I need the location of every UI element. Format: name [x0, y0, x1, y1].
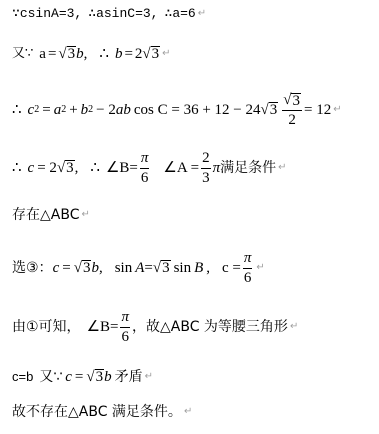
paragraph-mark-icon: ↵ — [162, 46, 170, 62]
fraction-pi-over-6: π 6 — [120, 309, 130, 346]
text: csinA=3, — [20, 6, 82, 22]
sqrt: √3 — [57, 160, 75, 176]
fraction-pi-over-6: π 6 — [243, 250, 253, 287]
radicand: 3 — [161, 260, 171, 276]
text: 存在△ABC — [12, 207, 79, 223]
math: b — [76, 46, 84, 62]
text: 选③： — [12, 260, 53, 276]
math: b — [81, 102, 89, 118]
math: a — [54, 102, 62, 118]
angle-b-label: ∠B= — [106, 160, 138, 176]
line-b-value: 又∵ a = √3 b , ∴ b = 2 √3 ↵ — [12, 46, 171, 62]
paragraph-mark-icon: ↵ — [198, 6, 206, 22]
line-isosceles: 由①可知， ∠B= π 6 ，故△ABC 为等腰三角形 ↵ — [12, 307, 298, 347]
math: b — [91, 260, 99, 276]
radicand: 3 — [82, 260, 92, 276]
radicand: 3 — [95, 369, 105, 385]
text: 又∵ — [39, 369, 62, 385]
math: A — [135, 260, 144, 276]
denominator: 6 — [141, 169, 149, 187]
math: a — [39, 46, 46, 62]
math: cos C = 36 + 12 − 24 — [134, 102, 261, 118]
math: = — [75, 369, 83, 385]
fraction-2-over-3: 2 3 — [201, 150, 211, 187]
math: 2 — [135, 46, 143, 62]
therefore-symbol: ∴ — [165, 6, 173, 22]
math: b — [104, 369, 112, 385]
math: B — [194, 260, 203, 276]
paragraph-mark-icon: ↵ — [290, 319, 298, 335]
math: + — [69, 102, 77, 118]
math: c — [28, 102, 35, 118]
line-conclusion: 故不存在△ABC 满足条件。 ↵ — [12, 404, 192, 420]
math: b — [115, 46, 123, 62]
denominator: 6 — [244, 269, 252, 287]
radicand: 3 — [67, 46, 77, 62]
line-option-3: 选③： c = √3 b , sin A = √3 sin B , c = π … — [12, 248, 265, 288]
radicand: 3 — [269, 102, 279, 118]
angle-a-label: ∠A = — [163, 160, 199, 176]
line-triangle-exists: 存在△ABC ↵ — [12, 207, 90, 223]
numerator: π — [140, 150, 150, 169]
numerator: π — [243, 250, 253, 269]
text: 矛盾 — [115, 369, 143, 385]
math: ab — [116, 102, 131, 118]
sqrt: √3 — [261, 102, 279, 118]
fraction-pi-over-6: π 6 — [140, 150, 150, 187]
fraction-sqrt3-over-2: √3 2 — [282, 92, 302, 129]
denominator: 6 — [121, 328, 129, 346]
paragraph-mark-icon: ↵ — [81, 207, 89, 223]
math: sin — [174, 260, 192, 276]
math: sin — [115, 260, 133, 276]
math: − 2 — [96, 102, 116, 118]
math: c — [53, 260, 60, 276]
radicand: 3 — [151, 46, 161, 62]
therefore-symbol: ∴ — [88, 6, 96, 22]
text: 由①可知， — [12, 319, 81, 335]
angle-b-label: ∠B= — [87, 319, 119, 335]
sqrt: √3 — [283, 92, 301, 109]
text: 又∵ — [12, 46, 33, 62]
sqrt: √3 — [86, 369, 104, 385]
line-given-conditions: ∵ csinA=3, ∴ asinC=3, ∴ a=6 ↵ — [12, 6, 206, 22]
math: c — [65, 369, 72, 385]
text: a=6 — [172, 6, 195, 22]
math: π — [213, 160, 221, 176]
because-symbol: ∵ — [12, 6, 20, 22]
text: 故不存在△ABC 满足条件。 — [12, 404, 182, 420]
sqrt: √3 — [142, 46, 160, 62]
line-law-of-cosines: ∴ c2 = a2 + b2 − 2 ab cos C = 36 + 12 − … — [12, 92, 342, 128]
paragraph-mark-icon: ↵ — [333, 102, 341, 118]
math: c — [28, 160, 35, 176]
numerator: 2 — [201, 150, 211, 169]
math: = — [144, 260, 152, 276]
text: c=b — [12, 369, 33, 385]
therefore-symbol: ∴ — [12, 102, 22, 118]
math: = — [62, 260, 70, 276]
therefore-symbol: ∴ — [99, 46, 109, 62]
sqrt: √3 — [74, 260, 92, 276]
numerator: π — [120, 309, 130, 328]
denominator: 3 — [202, 169, 210, 187]
math: , — [75, 160, 79, 176]
paragraph-mark-icon: ↵ — [145, 369, 153, 385]
paragraph-mark-icon: ↵ — [278, 160, 286, 176]
text: asinC=3, — [96, 6, 158, 22]
line-c-and-angles: ∴ c = 2 √3 , ∴ ∠B= π 6 ∠A = 2 3 π 满足条件 ↵ — [12, 148, 286, 188]
math: = 12 — [304, 102, 331, 118]
paragraph-mark-icon: ↵ — [256, 260, 264, 276]
therefore-symbol: ∴ — [12, 160, 22, 176]
paragraph-mark-icon: ↵ — [184, 404, 192, 420]
math: , — [84, 46, 88, 62]
math: = — [48, 46, 56, 62]
math: , — [99, 260, 103, 276]
radicand: 3 — [65, 160, 75, 176]
line-contradiction: c=b 又∵ c = √3 b 矛盾 ↵ — [12, 369, 153, 385]
radicand: 3 — [291, 93, 301, 109]
text: 满足条件 — [220, 160, 276, 176]
sqrt: √3 — [58, 46, 76, 62]
therefore-symbol: ∴ — [90, 160, 100, 176]
math: = — [124, 46, 132, 62]
math: , — [206, 260, 210, 276]
math: c = — [222, 260, 241, 276]
denominator: 2 — [288, 111, 296, 129]
math: = — [42, 102, 50, 118]
text: ，故△ABC 为等腰三角形 — [132, 319, 288, 335]
math: = 2 — [37, 160, 57, 176]
sqrt: √3 — [153, 260, 171, 276]
